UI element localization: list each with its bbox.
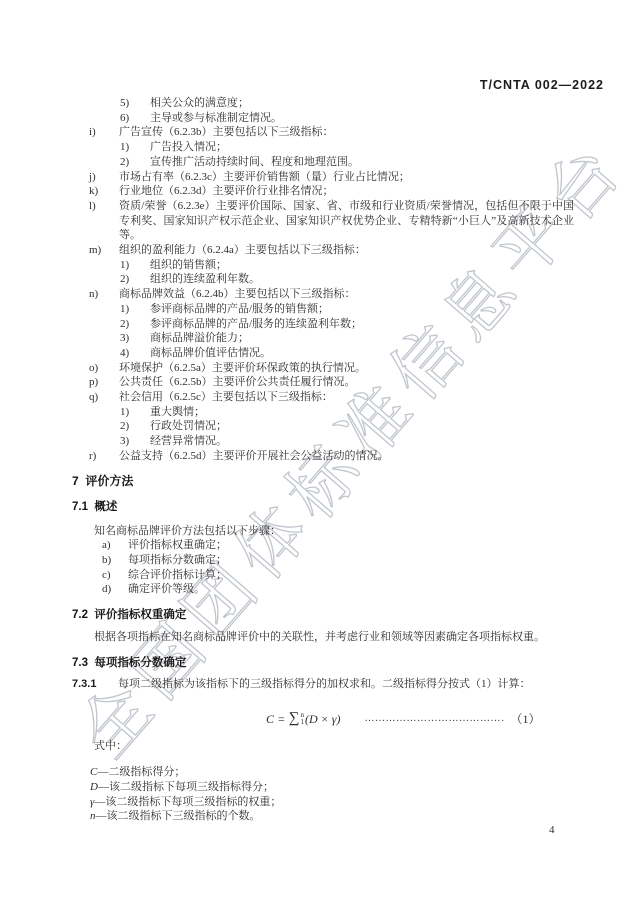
list-item-text: 组织的连续盈利年数。 [150,272,574,287]
list-item-marker: q) [89,390,119,405]
list-item-letter: b)每项指标分数确定； [72,553,574,568]
list-item-letter: d)确定评价等级。 [72,582,574,597]
list-item-text: 参评商标品牌的产品/服务的销售额； [150,302,574,317]
paragraph: 知名商标品牌评价方法包括以下步骤： [72,524,574,539]
list-item-letter: a)评价指标权重确定； [72,538,574,553]
dot-leader: …………………………………………… [364,708,504,730]
document-page: 全国团体标准信息平台 T/CNTA 002—2022 5)相关公众的满意度；6)… [0,0,636,900]
list-item-text: 商标品牌价值评估情况。 [150,346,574,361]
list-item-number: 2)参评商标品牌的产品/服务的连续盈利年数； [72,317,574,332]
list-item-letter: m)组织的盈利能力（6.2.4a）主要包括以下三级指标： [72,243,574,258]
formula-lhs: C [266,708,274,730]
document-content: 5)相关公众的满意度；6)主导或参与标准制定情况。i)广告宣传（6.2.3b）主… [72,96,574,824]
clause-number: 7.3.1 [72,677,118,692]
list-item-text: 参评商标品牌的产品/服务的连续盈利年数； [150,317,574,332]
list-item-text: 确定评价等级。 [128,582,574,597]
list-item-marker: o) [89,361,119,376]
list-item-number: 2)行政处罚情况； [72,419,574,434]
list-item-marker: 2) [120,317,150,332]
standard-code-header: T/CNTA 002—2022 [480,78,604,92]
list-item-letter: q)社会信用（6.2.5c）主要包括以下三级指标： [72,390,574,405]
symbol-definition: γ—该二级指标下每项三级指标的权重； [72,795,574,810]
formula-body: (D × γ) [305,708,340,730]
list-item-marker: 4) [120,346,150,361]
list-item-text: 社会信用（6.2.5c）主要包括以下三级指标： [119,390,574,405]
list-item-marker: c) [102,568,128,583]
list-item-marker: l) [89,199,119,243]
list-item-marker: 2) [120,155,150,170]
sigma-limits: n1 [301,712,305,726]
page-number: 4 [549,824,555,836]
list-item-text: 每项指标分数确定； [128,553,574,568]
list-item-letter: r)公益支持（6.2.5d）主要评价开展社会公益活动的情况。 [72,449,574,464]
list-item-text: 环境保护（6.2.5a）主要评价环保政策的执行情况。 [119,361,574,376]
list-item-letter: i)广告宣传（6.2.3b）主要包括以下三级指标： [72,125,574,140]
symbol-definition: n—该二级指标下三级指标的个数。 [72,809,574,824]
formula-equals: = [278,708,285,730]
list-item-marker: r) [89,449,119,464]
list-item-marker: m) [89,243,119,258]
symbol-definition-text: —该二级指标下三级指标的个数。 [96,809,261,824]
list-item-text: 广告投入情况； [150,140,574,155]
paragraph: 根据各项指标在知名商标品牌评价中的关联性，并考虑行业和领域等因素确定各项指标权重… [72,630,574,645]
sigma-lower-limit: 1 [301,719,305,726]
formula-1: C=∑n1(D × γ)……………………………………………（1） [72,708,574,730]
list-item-number: 2)宣传推广活动持续时间、程度和地理范围。 [72,155,574,170]
list-item-text: 公益支持（6.2.5d）主要评价开展社会公益活动的情况。 [119,449,574,464]
list-item-marker: n) [89,287,119,302]
sigma-symbol: ∑ [289,711,300,726]
clause-paragraph: 7.3.1每项二级指标为该指标下的三级指标得分的加权求和。二级指标得分按式（1）… [72,677,574,692]
list-item-letter: n)商标品牌效益（6.2.4b）主要包括以下三级指标： [72,287,574,302]
list-item-text: 广告宣传（6.2.3b）主要包括以下三级指标： [119,125,574,140]
list-item-marker: a) [102,538,128,553]
paragraph: 式中： [72,739,574,754]
list-item-letter: j)市场占有率（6.2.3c）主要评价销售额（量）行业占比情况； [72,170,574,185]
list-item-marker: j) [89,170,119,185]
symbol-definition-text: —该二级指标下每项三级指标得分； [98,780,274,795]
list-item-text: 资质/荣誉（6.2.3e）主要评价国际、国家、省、市级和行业资质/荣誉情况，包括… [119,199,574,243]
list-item-marker: k) [89,184,119,199]
list-item-marker: i) [89,125,119,140]
list-item-number: 1)广告投入情况； [72,140,574,155]
list-item-marker: 3) [120,434,150,449]
list-item-text: 商标品牌溢价能力； [150,331,574,346]
list-item-number: 1)参评商标品牌的产品/服务的销售额； [72,302,574,317]
list-item-marker: 1) [120,405,150,420]
list-item-text: 经营异常情况。 [150,434,574,449]
list-item-text: 商标品牌效益（6.2.4b）主要包括以下三级指标： [119,287,574,302]
symbol: D [90,780,98,795]
list-item-number: 5)相关公众的满意度； [72,96,574,111]
symbol-definition-text: —二级指标得分； [97,765,185,780]
list-item-marker: 2) [120,419,150,434]
subsection-heading: 7.2 评价指标权重确定 [72,608,574,623]
symbol-definition-text: —该二级指标下每项三级指标的权重； [94,795,281,810]
list-item-letter: o)环境保护（6.2.5a）主要评价环保政策的执行情况。 [72,361,574,376]
list-item-marker: 1) [120,140,150,155]
list-item-number: 4)商标品牌价值评估情况。 [72,346,574,361]
list-item-text: 组织的盈利能力（6.2.4a）主要包括以下三级指标： [119,243,574,258]
list-item-number: 3)商标品牌溢价能力； [72,331,574,346]
list-item-number: 3)经营异常情况。 [72,434,574,449]
symbol-definitions: C—二级指标得分；D—该二级指标下每项三级指标得分；γ—该二级指标下每项三级指标… [72,765,574,824]
symbol-definition: D—该二级指标下每项三级指标得分； [72,780,574,795]
list-item-number: 6)主导或参与标准制定情况。 [72,111,574,126]
list-item-text: 主导或参与标准制定情况。 [150,111,574,126]
list-item-text: 行政处罚情况； [150,419,574,434]
subsection-heading: 7.1 概述 [72,500,574,515]
list-item-marker: 3) [120,331,150,346]
list-item-marker: 2) [120,272,150,287]
list-item-marker: d) [102,582,128,597]
list-item-number: 2)组织的连续盈利年数。 [72,272,574,287]
list-item-marker: b) [102,553,128,568]
subsection-heading: 7.3 每项指标分数确定 [72,656,574,671]
list-item-number: 1)组织的销售额； [72,258,574,273]
list-item-letter: k)行业地位（6.2.3d）主要评价行业排名情况； [72,184,574,199]
list-item-text: 组织的销售额； [150,258,574,273]
list-item-text: 评价指标权重确定； [128,538,574,553]
list-item-marker: 1) [120,302,150,317]
list-item-text: 相关公众的满意度； [150,96,574,111]
list-item-marker: 5) [120,96,150,111]
symbol-definition: C—二级指标得分； [72,765,574,780]
list-item-marker: 6) [120,111,150,126]
list-item-text: 重大舆情； [150,405,574,420]
list-item-text: 行业地位（6.2.3d）主要评价行业排名情况； [119,184,574,199]
list-item-marker: 1) [120,258,150,273]
list-item-marker: p) [89,375,119,390]
formula-number: （1） [510,708,540,730]
list-item-letter: p)公共责任（6.2.5b）主要评价公共责任履行情况。 [72,375,574,390]
list-item-text: 综合评价指标计算； [128,568,574,583]
clause-text: 每项二级指标为该指标下的三级指标得分的加权求和。二级指标得分按式（1）计算： [118,677,574,692]
list-item-number: 1)重大舆情； [72,405,574,420]
list-item-text: 宣传推广活动持续时间、程度和地理范围。 [150,155,574,170]
list-item-letter: c)综合评价指标计算； [72,568,574,583]
section-heading: 7 评价方法 [72,474,574,489]
list-item-letter: l)资质/荣誉（6.2.3e）主要评价国际、国家、省、市级和行业资质/荣誉情况，… [72,199,574,243]
list-item-text: 市场占有率（6.2.3c）主要评价销售额（量）行业占比情况； [119,170,574,185]
list-item-text: 公共责任（6.2.5b）主要评价公共责任履行情况。 [119,375,574,390]
